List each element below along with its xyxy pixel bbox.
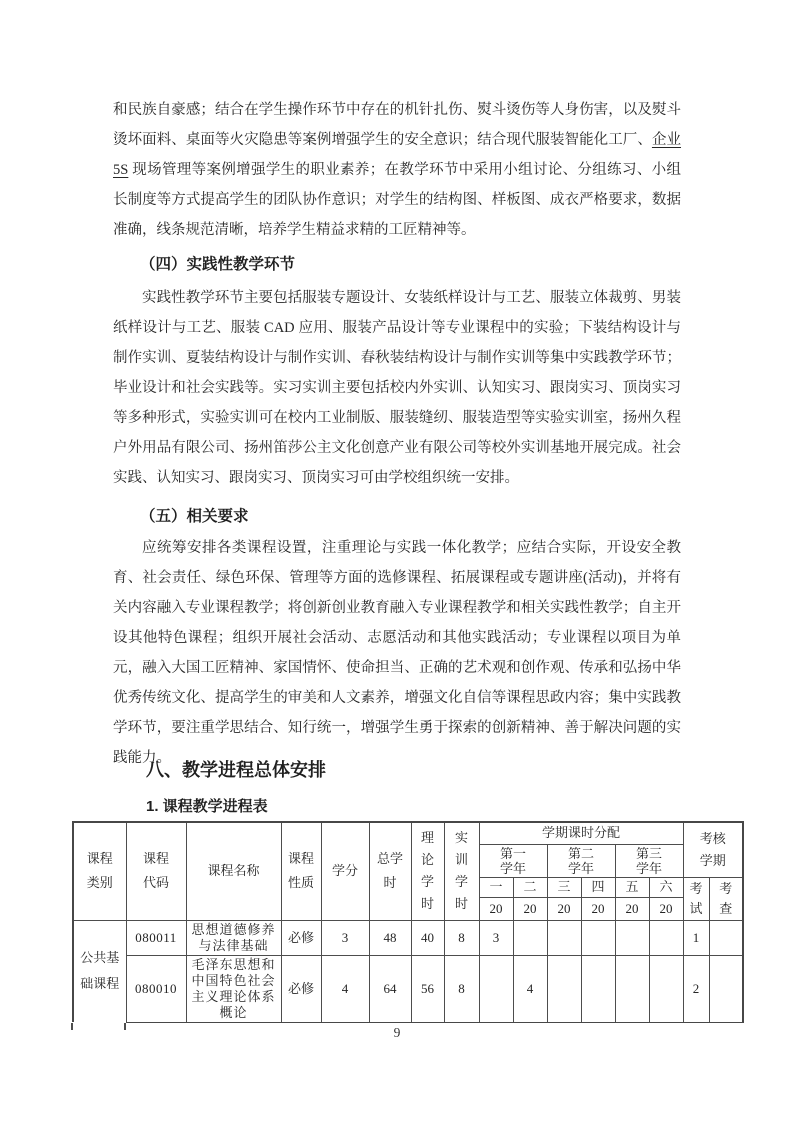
header-weeks-6: 20	[649, 897, 683, 920]
header-category: 课程类别	[73, 822, 126, 920]
header-theory-hours: 理论学时	[411, 822, 444, 920]
cell-course-name: 思想道德修养与法律基础	[186, 920, 281, 955]
section-body-4: 实践性教学环节主要包括服装专题设计、女装纸样设计与工艺、服装立体裁剪、男装纸样设…	[113, 283, 681, 493]
header-check: 考查	[709, 877, 743, 920]
table-caption: 1. 课程教学进程表	[146, 797, 268, 817]
section-heading-5: （五）相关要求	[140, 507, 249, 527]
cell-theory-hours: 56	[411, 955, 444, 1022]
cell-sem-4	[581, 955, 615, 1022]
header-credits: 学分	[321, 822, 369, 920]
cell-category: 公共基础课程	[73, 920, 126, 1022]
header-assessment-semester: 考核学期	[683, 822, 743, 877]
header-year-2: 第二学年	[547, 844, 615, 877]
cell-sem-5	[615, 920, 649, 955]
cell-check-semester	[709, 955, 743, 1022]
header-weeks-1: 20	[479, 897, 513, 920]
course-schedule-table: 课程类别 课程代码 课程名称 课程性质 学分 总学时 理论学时 实训学时 学期课…	[72, 821, 744, 1023]
cell-practice-hours: 8	[444, 955, 479, 1022]
cell-sem-5	[615, 955, 649, 1022]
cell-sem-3	[547, 920, 581, 955]
header-row-1: 课程类别 课程代码 课程名称 课程性质 学分 总学时 理论学时 实训学时 学期课…	[73, 822, 743, 844]
cell-sem-2	[513, 920, 547, 955]
cell-sem-2: 4	[513, 955, 547, 1022]
paragraph-continuation: 和民族自豪感；结合在学生操作环节中存在的机针扎伤、熨斗烫伤等人身伤害，以及熨斗烫…	[113, 95, 681, 245]
cell-sem-3	[547, 955, 581, 1022]
header-weeks-5: 20	[615, 897, 649, 920]
header-semester-1: 一	[479, 877, 513, 897]
section-body-5: 应统筹安排各类课程设置，注重理论与实践一体化教学；应结合实际，开设安全教育、社会…	[113, 533, 681, 773]
section-heading-4: （四）实践性教学环节	[140, 255, 295, 275]
cell-theory-hours: 40	[411, 920, 444, 955]
header-year-1: 第一学年	[479, 844, 547, 877]
header-semester-6: 六	[649, 877, 683, 897]
course-schedule-table-wrap: 课程类别 课程代码 课程名称 课程性质 学分 总学时 理论学时 实训学时 学期课…	[72, 821, 742, 1023]
header-weeks-2: 20	[513, 897, 547, 920]
table-row: 公共基础课程 080011 思想道德修养与法律基础 必修 3 48 40 8 3…	[73, 920, 743, 955]
header-nature: 课程性质	[281, 822, 321, 920]
page-number: 9	[0, 1025, 794, 1041]
header-practice-hours: 实训学时	[444, 822, 479, 920]
header-year-3: 第三学年	[615, 844, 683, 877]
cell-code: 080011	[126, 920, 186, 955]
cell-total-hours: 48	[369, 920, 411, 955]
header-weeks-4: 20	[581, 897, 615, 920]
header-semester-3: 三	[547, 877, 581, 897]
table-row: 080010 毛泽东思想和中国特色社会主义理论体系概论 必修 4 64 56 8…	[73, 955, 743, 1022]
header-total-hours: 总学时	[369, 822, 411, 920]
header-semester-4: 四	[581, 877, 615, 897]
cell-sem-6	[649, 920, 683, 955]
header-weeks-3: 20	[547, 897, 581, 920]
header-semester-5: 五	[615, 877, 649, 897]
cell-total-hours: 64	[369, 955, 411, 1022]
chapter-heading: 八、教学进程总体安排	[146, 758, 326, 782]
cell-code: 080010	[126, 955, 186, 1022]
cell-exam-semester: 1	[683, 920, 709, 955]
header-code: 课程代码	[126, 822, 186, 920]
cell-sem-6	[649, 955, 683, 1022]
header-course-name: 课程名称	[186, 822, 281, 920]
cell-nature: 必修	[281, 920, 321, 955]
header-exam: 考试	[683, 877, 709, 920]
cell-credits: 3	[321, 920, 369, 955]
header-semester-2: 二	[513, 877, 547, 897]
cell-sem-4	[581, 920, 615, 955]
cell-sem-1: 3	[479, 920, 513, 955]
header-semester-allocation: 学期课时分配	[479, 822, 683, 844]
cell-practice-hours: 8	[444, 920, 479, 955]
cell-credits: 4	[321, 955, 369, 1022]
cell-nature: 必修	[281, 955, 321, 1022]
cell-sem-1	[479, 955, 513, 1022]
cell-check-semester	[709, 920, 743, 955]
document-page: 和民族自豪感；结合在学生操作环节中存在的机针扎伤、熨斗烫伤等人身伤害，以及熨斗烫…	[0, 0, 794, 1123]
cell-course-name: 毛泽东思想和中国特色社会主义理论体系概论	[186, 955, 281, 1022]
cell-exam-semester: 2	[683, 955, 709, 1022]
